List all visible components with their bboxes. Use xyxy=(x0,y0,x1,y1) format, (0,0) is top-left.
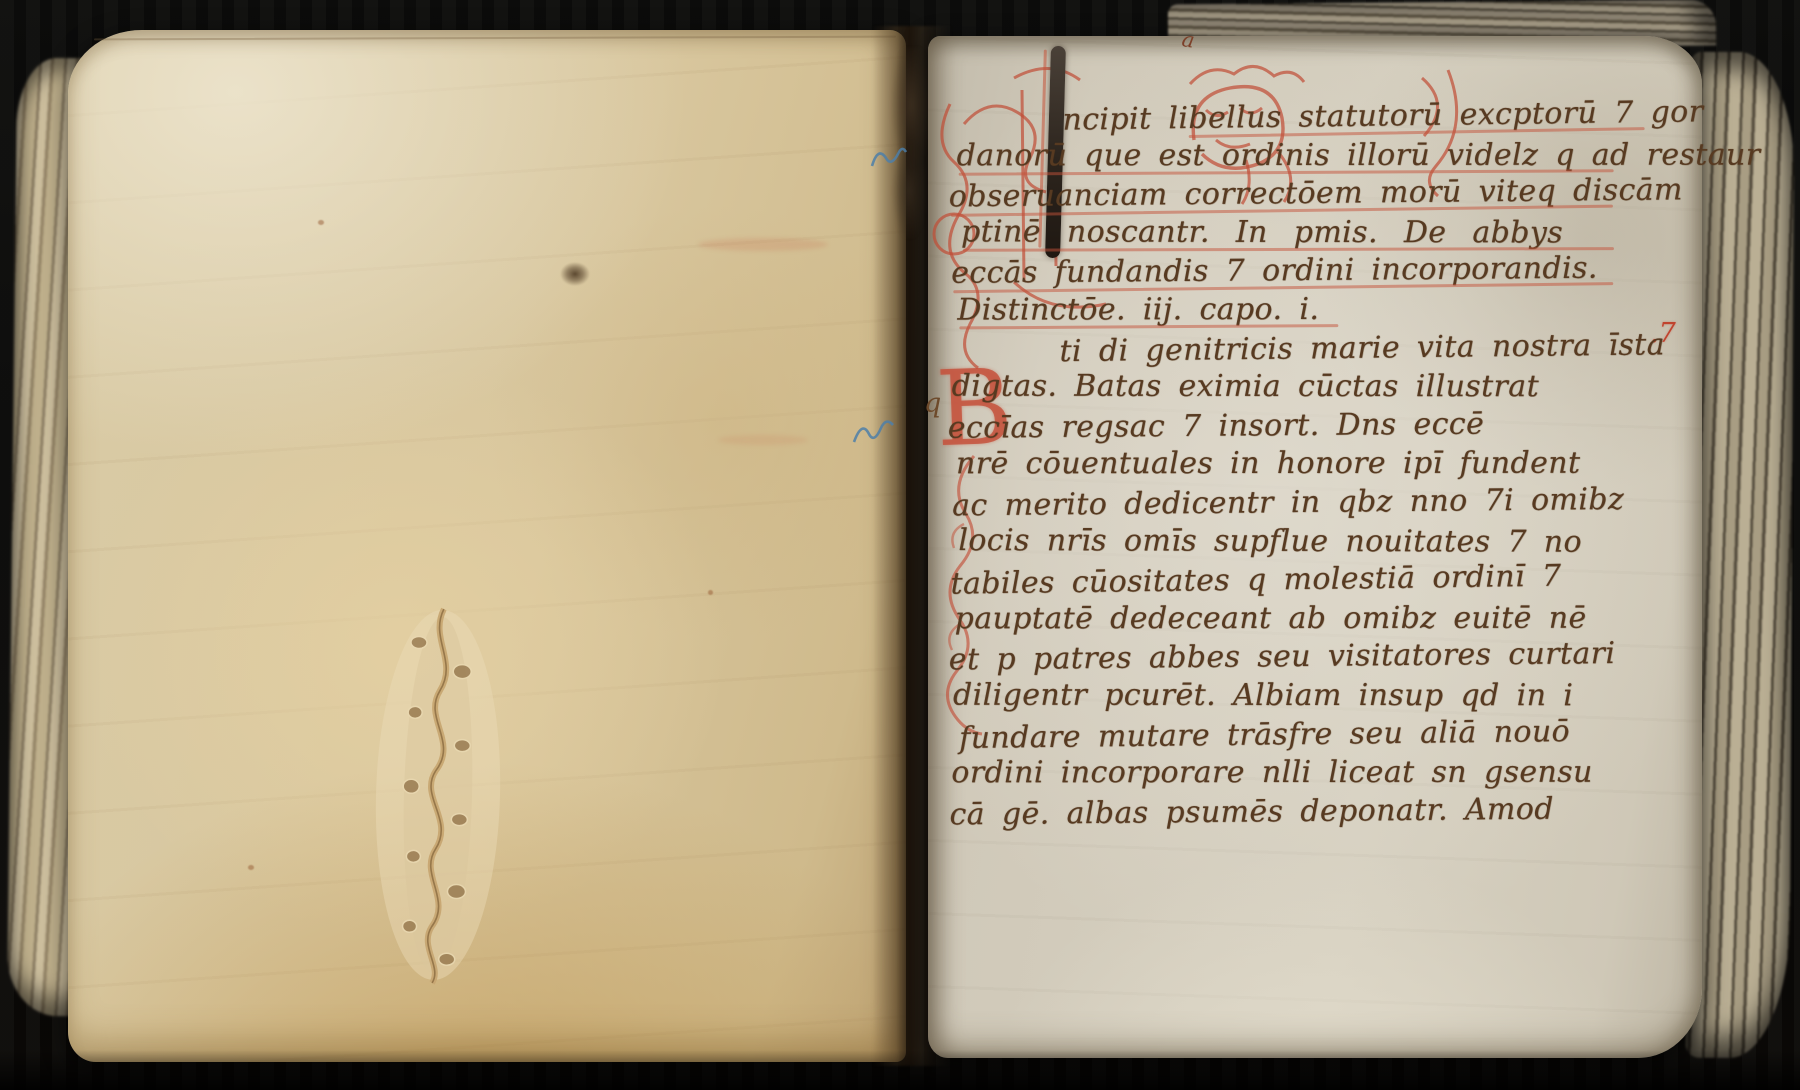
manuscript-line: et p patres abbes seu visitatores curtar… xyxy=(949,637,1665,682)
manuscript-line: obseruanciam correctōem morū viteq discā… xyxy=(949,174,1663,219)
manuscript-line: eccās fundandis 7 ordini incorporandis. xyxy=(951,252,1663,296)
blue-ink-mark-lower xyxy=(850,402,898,454)
manuscript-line: Distinctōe. iij. capo. i. xyxy=(957,292,1663,332)
parchment-speck xyxy=(248,865,254,870)
manuscript-line: ncipit libellus statutorū excptorū 7 gor xyxy=(1062,96,1662,142)
manuscript-line: nrē cōuentuales in honore ipī fundent xyxy=(956,447,1664,486)
parchment-speck xyxy=(708,590,713,595)
red-ink-offset-smudge xyxy=(698,238,828,251)
manuscript-line: diligentr pcurēt. Albiam insup qd in i xyxy=(953,679,1665,718)
left-page-blank-parchment xyxy=(68,30,906,1062)
parchment-speck xyxy=(318,220,324,225)
manuscript-line: eccīas regsac 7 insort. Dns eccē xyxy=(948,406,1664,450)
manuscript-photograph: I B a q .7 ncipit libellus statutorū exc… xyxy=(0,0,1800,1090)
right-page-text: I B a q .7 ncipit libellus statutorū exc… xyxy=(928,36,1702,1058)
margin-paragraph-mark: q xyxy=(924,388,941,419)
red-ink-offset-smudge xyxy=(718,435,808,445)
manuscript-line: ordini incorporare nlli liceat sn gsensu xyxy=(951,756,1665,795)
parchment-repair-stitch xyxy=(358,603,518,987)
manuscript-text-block: ncipit libellus statutorū excptorū 7 gor… xyxy=(946,98,1665,834)
manuscript-line: danorū que est ordinis illorū videlz q a… xyxy=(957,138,1663,177)
manuscript-line: digtas. Batas eximia cūctas illustrat xyxy=(952,370,1664,409)
manuscript-line: cā gē. albas psumēs deponatr. Amod xyxy=(949,791,1665,836)
manuscript-line: tabiles cūositates q molestiā ordinī 7 xyxy=(950,558,1664,606)
parchment-stain xyxy=(560,262,590,286)
manuscript-line: ptinē noscantr. In pmis. De abbys xyxy=(961,215,1663,255)
manuscript-line: ac merito dedicentr in qbz nno 7i omibz xyxy=(952,483,1664,528)
manuscript-line: ti di genitricis marie vita nostra īsta xyxy=(1059,328,1663,373)
manuscript-line: fundare mutare trāsfre seu aliā nouō xyxy=(959,713,1665,760)
manuscript-line: pauptatē dedeceant ab omibz euitē nē xyxy=(955,601,1665,640)
